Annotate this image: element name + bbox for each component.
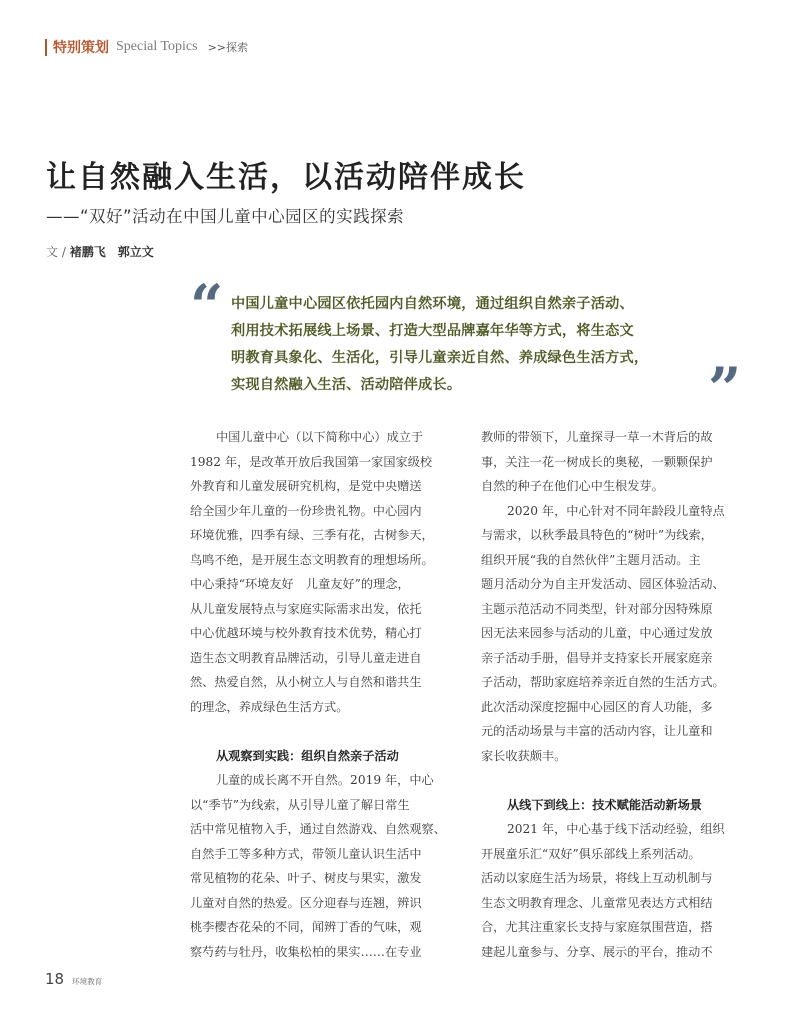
section-heading-1: 从观察到实践：组织自然亲子活动 <box>190 744 464 769</box>
body-column-left: 中国儿童中心（以下简称中心）成立于 1982 年，是改革开放后我国第一家国家级校… <box>190 425 464 964</box>
body-line: 1982 年，是改革开放后我国第一家国家级校 <box>190 450 464 475</box>
body-line: 建起儿童参与、分享、展示的平台，推动不 <box>481 940 755 965</box>
section-category: 特别策划 <box>53 37 109 57</box>
body-line: 2020 年，中心针对不同年龄段儿童特点 <box>481 499 755 524</box>
body-line: 察芍药与牡丹，收集松柏的果实……在专业 <box>190 940 464 965</box>
section-subcategory: >>探索 <box>208 39 248 55</box>
body-line: 环境优雅，四季有绿、三季有花，古树参天， <box>190 523 464 548</box>
paragraph-gap <box>190 719 464 744</box>
pullquote-line: 中国儿童中心园区依托园内自然环境，通过组织自然亲子活动、 <box>231 291 711 318</box>
body-column-right: 教师的带领下，儿童探寻一草一木背后的故 事，关注一花一树成长的奥秘，一颗颗保护 … <box>481 425 755 964</box>
body-line: 与需求，以秋季最具特色的“树叶”为线索， <box>481 523 755 548</box>
body-line: 中国儿童中心（以下简称中心）成立于 <box>190 425 464 450</box>
body-line: 自然手工等多种方式，带领儿童认识生活中 <box>190 842 464 867</box>
body-line: 从儿童发展特点与家庭实际需求出发，依托 <box>190 597 464 622</box>
body-line: 活中常见植物入手，通过自然游戏、自然观察、 <box>190 817 464 842</box>
paragraph-gap <box>481 768 755 793</box>
authors: 褚鹏飞 郭立文 <box>70 245 154 259</box>
body-line: 的理念，养成绿色生活方式。 <box>190 695 464 720</box>
body-line: 此次活动深度挖掘中心园区的育人功能，多 <box>481 695 755 720</box>
body-line: 家长收获颇丰。 <box>481 744 755 769</box>
body-line: 鸟鸣不绝，是开展生态文明教育的理想场所。 <box>190 548 464 573</box>
section-header: 特别策划 Special Topics >>探索 <box>45 38 248 56</box>
body-line: 儿童的成长离不开自然。2019 年，中心 <box>190 768 464 793</box>
body-line: 造生态文明教育品牌活动，引导儿童走进自 <box>190 646 464 671</box>
body-line: 儿童对自然的热爱。区分迎春与连翘，辨识 <box>190 891 464 916</box>
body-line: 亲子活动手册，倡导并支持家长开展家庭亲 <box>481 646 755 671</box>
byline-prefix: 文 / <box>46 245 66 259</box>
body-line: 因无法来园参与活动的儿童，中心通过发放 <box>481 621 755 646</box>
body-line: 自然的种子在他们心中生根发芽。 <box>481 474 755 499</box>
page-number: 18 <box>45 970 64 988</box>
body-line: 活动以家庭生活为场景，将线上互动机制与 <box>481 866 755 891</box>
byline: 文 / 褚鹏飞 郭立文 <box>46 243 154 260</box>
body-line: 开展童乐汇“双好”俱乐部线上系列活动。 <box>481 842 755 867</box>
article-subtitle: ——“双好”活动在中国儿童中心园区的实践探索 <box>46 203 404 227</box>
body-line: 常见植物的花朵、叶子、树皮与果实，激发 <box>190 866 464 891</box>
body-line: 然、热爱自然，从小树立人与自然和谐共生 <box>190 670 464 695</box>
pullquote-line: 实现自然融入生活、活动陪伴成长。 <box>231 372 711 399</box>
accent-bar <box>45 39 47 56</box>
body-line: 题月活动分为自主开发活动、园区体验活动、 <box>481 572 755 597</box>
body-line: 中心优越环境与校外教育技术优势，精心打 <box>190 621 464 646</box>
pullquote-line: 利用技术拓展线上场景、打造大型品牌嘉年华等方式，将生态文 <box>231 318 711 345</box>
close-quote-icon: ” <box>708 360 741 418</box>
body-line: 给全国少年儿童的一份珍贵礼物。中心园内 <box>190 499 464 524</box>
body-line: 外教育和儿童发展研究机构，是党中央赠送 <box>190 474 464 499</box>
body-line: 组织开展“我的自然伙伴”主题月活动。主 <box>481 548 755 573</box>
section-category-en: Special Topics <box>116 39 198 55</box>
section-heading-2: 从线下到线上：技术赋能活动新场景 <box>481 793 755 818</box>
body-line: 中心秉持“环境友好 儿童友好”的理念， <box>190 572 464 597</box>
body-line: 子活动，帮助家庭培养亲近自然的生活方式。 <box>481 670 755 695</box>
open-quote-icon: “ <box>190 277 223 335</box>
body-line: 生态文明教育理念、儿童常见表达方式相结 <box>481 891 755 916</box>
body-line: 以“季节”为线索，从引导儿童了解日常生 <box>190 793 464 818</box>
body-line: 元的活动场景与丰富的活动内容，让儿童和 <box>481 719 755 744</box>
page-footer: 18 环境教育 <box>45 970 102 988</box>
magazine-name: 环境教育 <box>72 976 102 987</box>
body-line: 事，关注一花一树成长的奥秘，一颗颗保护 <box>481 450 755 475</box>
article-title: 让自然融入生活，以活动陪伴成长 <box>46 152 526 196</box>
body-line: 合，尤其注重家长支持与家庭氛围营造，搭 <box>481 915 755 940</box>
pullquote: 中国儿童中心园区依托园内自然环境，通过组织自然亲子活动、 利用技术拓展线上场景、… <box>231 291 711 399</box>
pullquote-line: 明教育具象化、生活化，引导儿童亲近自然、养成绿色生活方式， <box>231 345 711 372</box>
body-line: 教师的带领下，儿童探寻一草一木背后的故 <box>481 425 755 450</box>
body-line: 主题示范活动不同类型，针对部分因特殊原 <box>481 597 755 622</box>
body-line: 桃李樱杏花朵的不同，闻辨丁香的气味，观 <box>190 915 464 940</box>
body-line: 2021 年，中心基于线下活动经验，组织 <box>481 817 755 842</box>
